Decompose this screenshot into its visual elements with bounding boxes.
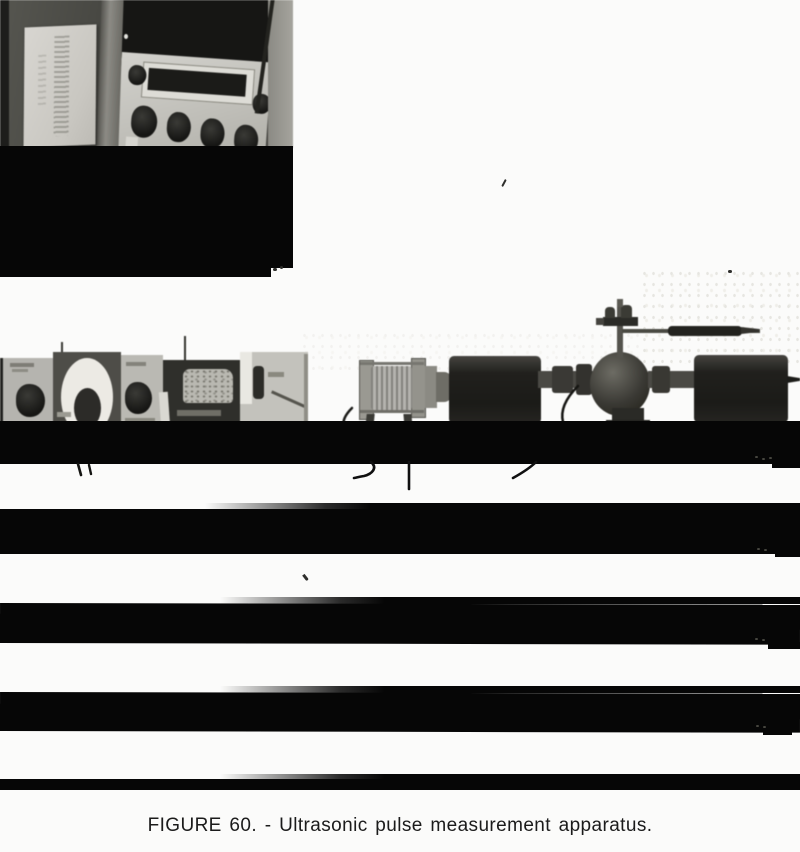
figure-caption: FIGURE 60. - Ultrasonic pulse measuremen… bbox=[0, 815, 800, 837]
redaction-block-top bbox=[0, 146, 293, 268]
scan-speck bbox=[755, 638, 758, 640]
screw-highlight bbox=[124, 34, 128, 39]
photo-fragment-top-left bbox=[0, 0, 293, 148]
instrument-front-panel bbox=[115, 52, 271, 148]
redaction-bar-3-step bbox=[768, 642, 800, 649]
redaction-bar-2-step bbox=[775, 554, 800, 557]
figure-caption-text: FIGURE 60. - Ultrasonic pulse measuremen… bbox=[148, 815, 653, 836]
clamp-crossbar bbox=[603, 317, 638, 326]
redaction-bar-3 bbox=[0, 603, 800, 645]
sheet-text-column-faint bbox=[38, 55, 46, 105]
redaction-bar-2 bbox=[0, 509, 800, 554]
scan-speck bbox=[763, 726, 766, 728]
knob bbox=[166, 111, 192, 143]
scan-speck bbox=[769, 457, 772, 459]
scan-speck-comma bbox=[302, 574, 309, 581]
redaction-bar-4-step bbox=[763, 730, 792, 735]
scan-speck bbox=[757, 548, 760, 550]
scan-speck bbox=[756, 725, 759, 727]
photo-edge-shadow bbox=[0, 0, 9, 148]
redaction-block-top-step bbox=[0, 268, 271, 277]
pointer-rod-grip bbox=[668, 326, 742, 336]
knob bbox=[130, 105, 158, 139]
scan-speck bbox=[755, 456, 758, 458]
paper-sheet bbox=[24, 24, 97, 147]
sheet-text-column bbox=[54, 36, 70, 137]
display-window-glass bbox=[147, 68, 246, 97]
cables-gap-svg bbox=[0, 460, 800, 505]
redaction-bar-4 bbox=[0, 692, 800, 733]
knob bbox=[200, 118, 226, 148]
cables-photo-svg bbox=[0, 356, 800, 428]
clamp-thumbscrew bbox=[596, 318, 604, 325]
clamp-knob bbox=[605, 307, 615, 318]
knob bbox=[233, 124, 259, 148]
document-page: FIGURE 60. - Ultrasonic pulse measuremen… bbox=[0, 0, 800, 852]
wall-strip-right bbox=[268, 0, 293, 148]
scan-speck bbox=[273, 268, 277, 271]
scan-speck bbox=[764, 549, 767, 551]
redaction-bar-1 bbox=[0, 421, 800, 464]
redaction-bar-5 bbox=[0, 779, 800, 790]
scan-speck bbox=[280, 266, 283, 269]
scan-speck-comma bbox=[501, 179, 507, 187]
display-window bbox=[141, 62, 255, 106]
clamp-stem bbox=[617, 299, 623, 307]
scan-speck bbox=[762, 639, 765, 641]
photo-band-middle bbox=[0, 296, 800, 428]
